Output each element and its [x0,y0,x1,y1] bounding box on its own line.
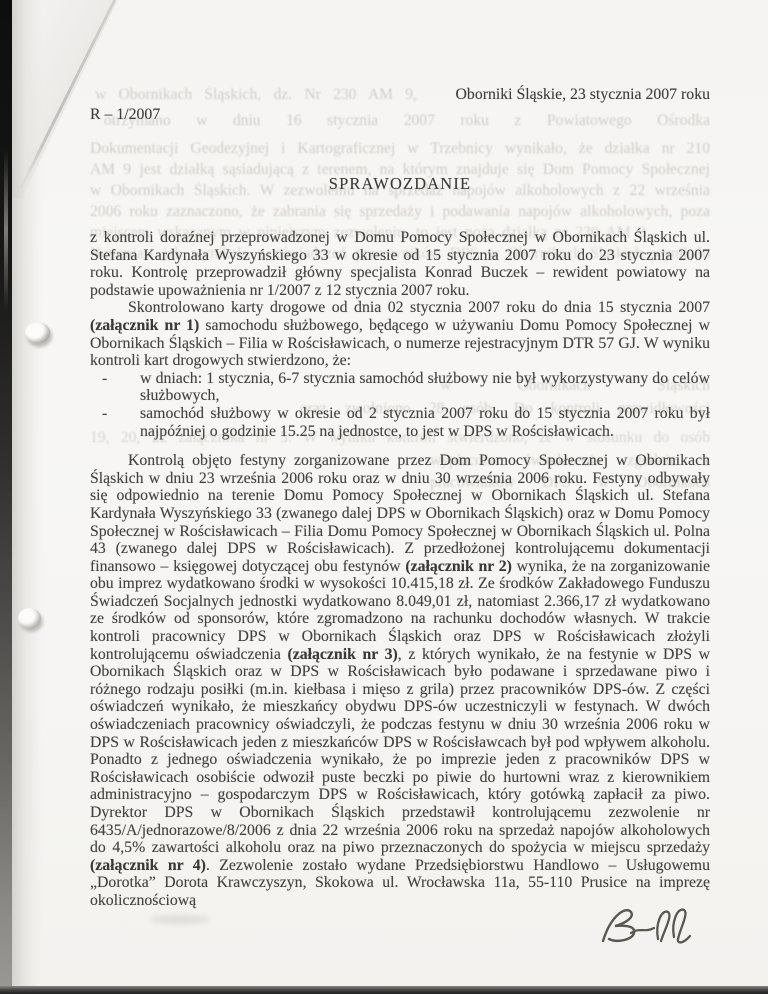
hole-punch-bottom [18,608,41,629]
document-body: z kontroli doraźnej przeprowadzonej w Do… [90,229,710,910]
bullet-dash: - [102,405,107,423]
hole-punch-top [25,322,50,344]
bullet-dash: - [102,370,107,388]
signature-scribble [598,903,702,951]
finding-text: w dniach: 1 stycznia, 6-7 stycznia samoc… [140,370,710,405]
paragraph-gap [90,440,710,452]
scan-edge-left [0,0,12,994]
scan-smudge [150,915,210,924]
scanned-document-page: w Obornikach Śląskich, dz. Nr 230 AM 9, … [0,0,768,994]
finding-item: - w dniach: 1 stycznia, 6-7 stycznia sam… [90,370,710,405]
scan-edge-bottom [0,986,768,994]
date-line: Oborniki Śląskie, 23 stycznia 2007 roku [90,86,710,104]
page-edge-shadow [12,0,42,994]
paragraph-karty-drogowe: Skontrolowano karty drogowe od dnia 02 s… [90,299,710,369]
finding-text: samochód służbowy w okresie od 2 styczni… [140,405,710,440]
findings-list: - w dniach: 1 stycznia, 6-7 stycznia sam… [90,370,710,440]
document-title: SPRAWOZDANIE [90,174,710,194]
reference-number: R – 1/2007 [90,106,390,124]
paragraph-festyny: Kontrolą objęto festyny zorganizowane pr… [90,452,710,909]
paragraph-intro: z kontroli doraźnej przeprowadzonej w Do… [90,229,710,299]
bleedthrough-line: Dokumentacji Geodezyjnej i Kartograficzn… [90,140,710,158]
bleedthrough-line: 2006 roku zaznaczono, że zabrania się sp… [90,203,710,221]
finding-item: - samochód służbowy w okresie od 2 stycz… [90,405,710,440]
